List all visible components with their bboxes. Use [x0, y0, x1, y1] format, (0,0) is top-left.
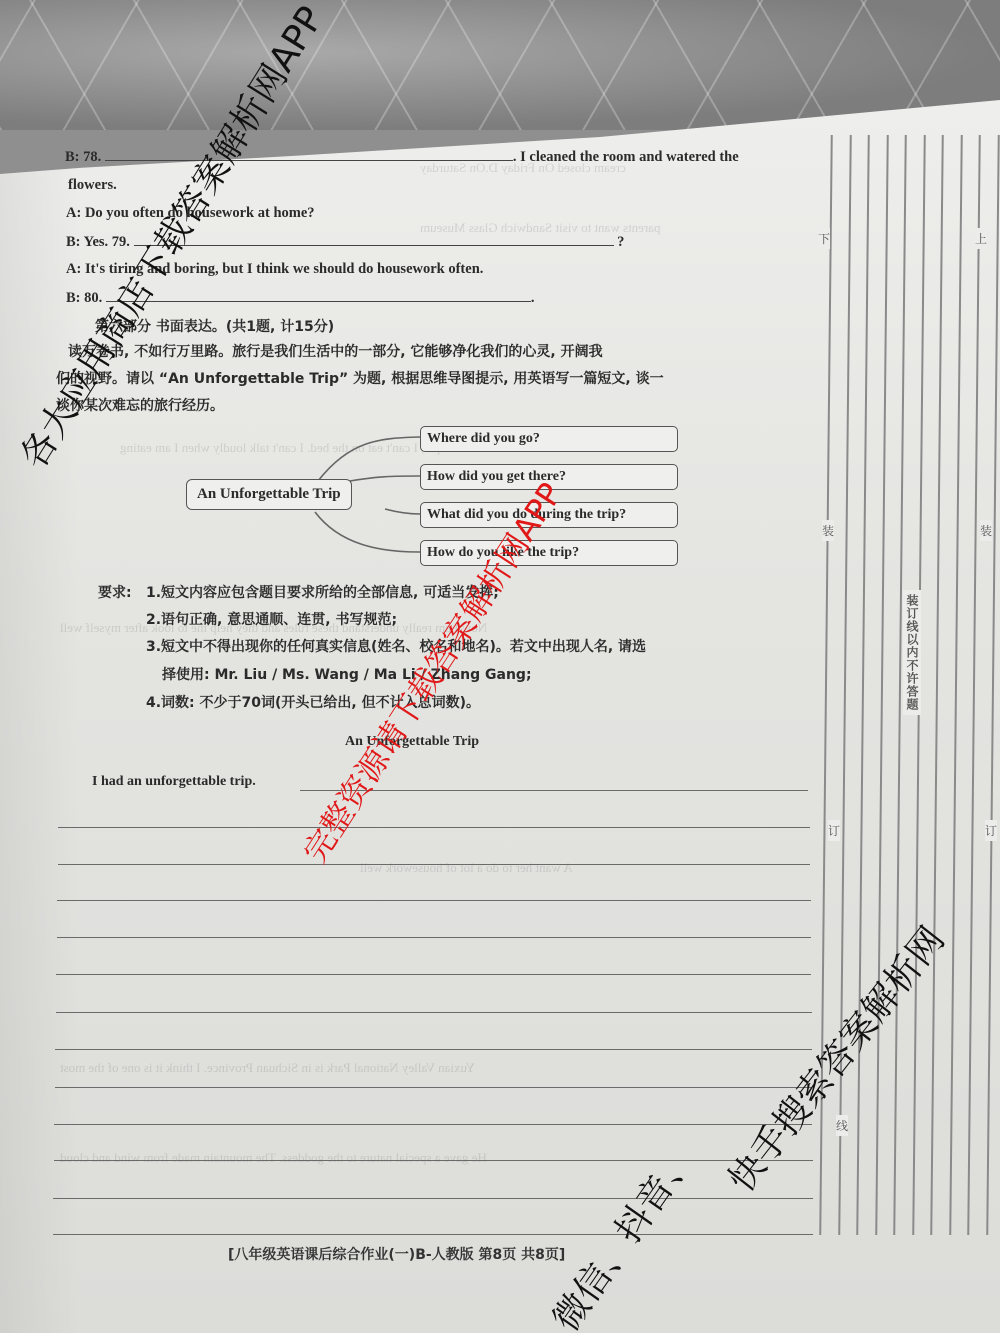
margin-rule	[930, 135, 944, 1235]
requirement-item: 择使用: Mr. Liu / Ms. Wang / Ma Li / Zhang …	[162, 664, 532, 684]
writing-line[interactable]	[58, 827, 810, 828]
margin-rule	[856, 135, 870, 1235]
speaker-label: B:	[66, 290, 81, 306]
binding-note: 装订线以内不许答题	[903, 590, 921, 715]
mind-map-branch: Where did you go?	[420, 426, 678, 452]
writing-line[interactable]	[53, 1234, 814, 1235]
page-footer: [八年级英语课后综合作业(一)B-人教版 第8页 共8页]	[228, 1244, 565, 1264]
margin-label: 装	[980, 520, 992, 541]
worksheet-content: B: 78. . I cleaned the room and watered …	[0, 0, 1000, 1333]
essay-opening: I had an unforgettable trip.	[92, 774, 256, 790]
speaker-label: B:	[66, 234, 81, 250]
mind-map-branch: How do you like the trip?	[420, 540, 678, 566]
requirement-item: 2.语句正确, 意思通顺、连贯, 书写规范;	[146, 609, 397, 629]
margin-label: 下	[818, 228, 830, 249]
answer-blank-79[interactable]	[134, 233, 614, 246]
margin-rule	[949, 135, 963, 1235]
question-number: 78.	[83, 149, 101, 165]
dialogue-continuation: flowers.	[68, 177, 117, 194]
requirement-item: 1.短文内容应包含题目要求所给的全部信息, 可适当发挥;	[146, 582, 499, 602]
requirement-item: 3.短文中不得出现你的任何真实信息(姓名、校名和地名)。若文中出现人名, 请选	[146, 636, 646, 656]
prompt-text: 们的视野。请以 “An Unforgettable Trip” 为题, 根据思维…	[56, 368, 664, 388]
answer-blank-80[interactable]	[106, 289, 531, 302]
writing-line[interactable]	[56, 1012, 812, 1013]
speaker-label: A:	[66, 261, 81, 277]
writing-line[interactable]	[56, 974, 811, 975]
dialogue-text: .	[531, 290, 535, 306]
margin-label: 线	[836, 1115, 848, 1136]
dialogue-line-78: B: 78. . I cleaned the room and watered …	[65, 148, 739, 166]
requirements-label: 要求:	[98, 582, 132, 602]
speaker-label: A:	[66, 205, 81, 221]
writing-line[interactable]	[53, 1198, 813, 1199]
margin-label: 装	[822, 520, 834, 541]
mind-map-root: An Unforgettable Trip	[186, 479, 352, 510]
answer-blank-78[interactable]	[105, 148, 513, 161]
margin-rule	[967, 135, 981, 1235]
margin-label: 上	[975, 228, 987, 249]
speaker-label: B:	[65, 149, 80, 165]
writing-line[interactable]	[55, 1049, 812, 1050]
dialogue-text: . I cleaned the room and watered the	[513, 149, 739, 165]
writing-line[interactable]	[57, 900, 811, 901]
margin-label: 订	[828, 820, 840, 841]
prompt-text: 读万卷书, 不如行万里路。旅行是我们生活中的一部分, 它能够净化我们的心灵, 开…	[68, 341, 603, 361]
question-number: Yes. 79.	[84, 234, 130, 250]
writing-line[interactable]	[57, 937, 811, 938]
writing-line[interactable]	[58, 864, 811, 865]
writing-line[interactable]	[55, 1087, 813, 1088]
dialogue-text: ?	[617, 234, 624, 250]
margin-rule	[875, 135, 889, 1235]
writing-line[interactable]	[54, 1124, 812, 1125]
margin-label: 订	[985, 820, 997, 841]
margin-rule	[986, 135, 1000, 1235]
